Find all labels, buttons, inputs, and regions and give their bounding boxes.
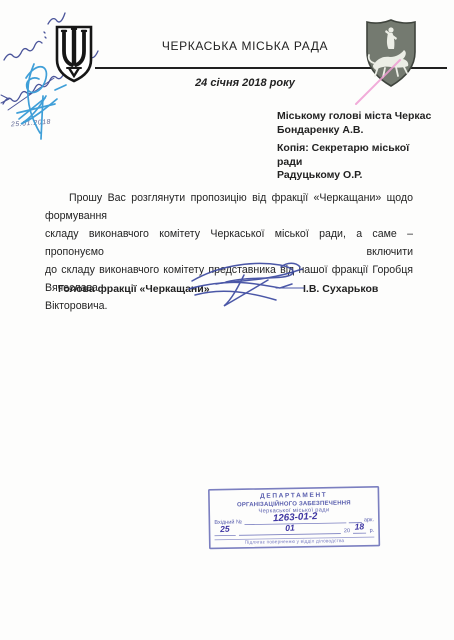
recipient-block: Міському голові міста Черкас Бондаренку … <box>277 110 431 183</box>
handwritten-day: 25 <box>220 527 230 533</box>
copy-recipient-line: Копія: Секретарю міської <box>277 142 431 156</box>
signer-name: І.В. Сухарьков <box>303 283 378 295</box>
body-line: складу виконавчого комітету Черкаської м… <box>45 225 413 261</box>
day-field: 25 <box>214 528 235 536</box>
stamp-date-row: 25 01 20 18 р. <box>214 526 374 536</box>
handwritten-year: 18 <box>355 524 365 530</box>
year-suffix-label: р. <box>370 528 375 534</box>
handwritten-month: 01 <box>285 526 295 532</box>
year-field: 18 <box>353 526 366 534</box>
ukraine-trident-emblem-icon <box>53 24 95 84</box>
recipient-line: Міському голові міста Черкас <box>277 110 431 124</box>
month-field: 01 <box>239 527 341 536</box>
handwritten-incoming-number: 1263-01-2 <box>273 513 318 521</box>
stamp-footer-note: Підлягає поверненню у відділ діловодства <box>215 537 375 546</box>
copy-recipient-line: ради <box>277 156 431 170</box>
scanned-letter-page: 25.01.2018 ЧЕРКАСЬКА МІСЬКА РАДА 24 січн… <box>0 0 454 640</box>
recipient-line: Бондаренку А.В. <box>277 124 431 138</box>
body-line: Прошу Вас розглянути пропозицію від фрак… <box>45 189 413 225</box>
incoming-number-field: 1263-01-2 <box>244 515 346 525</box>
copy-recipient-line: Радуцькому О.Р. <box>277 169 431 183</box>
year-prefix-label: 20 <box>344 528 350 534</box>
ink-signature <box>186 257 308 311</box>
pink-pen-mark <box>350 56 406 110</box>
organization-title: ЧЕРКАСЬКА МІСЬКА РАДА <box>128 39 362 53</box>
sheets-label: арк. <box>364 517 374 523</box>
document-date: 24 січня 2018 року <box>128 77 362 89</box>
registration-stamp: ДЕПАРТАМЕНТ ОРГАНІЗАЦІЙНОГО ЗАБЕЗПЕЧЕННЯ… <box>208 486 380 549</box>
